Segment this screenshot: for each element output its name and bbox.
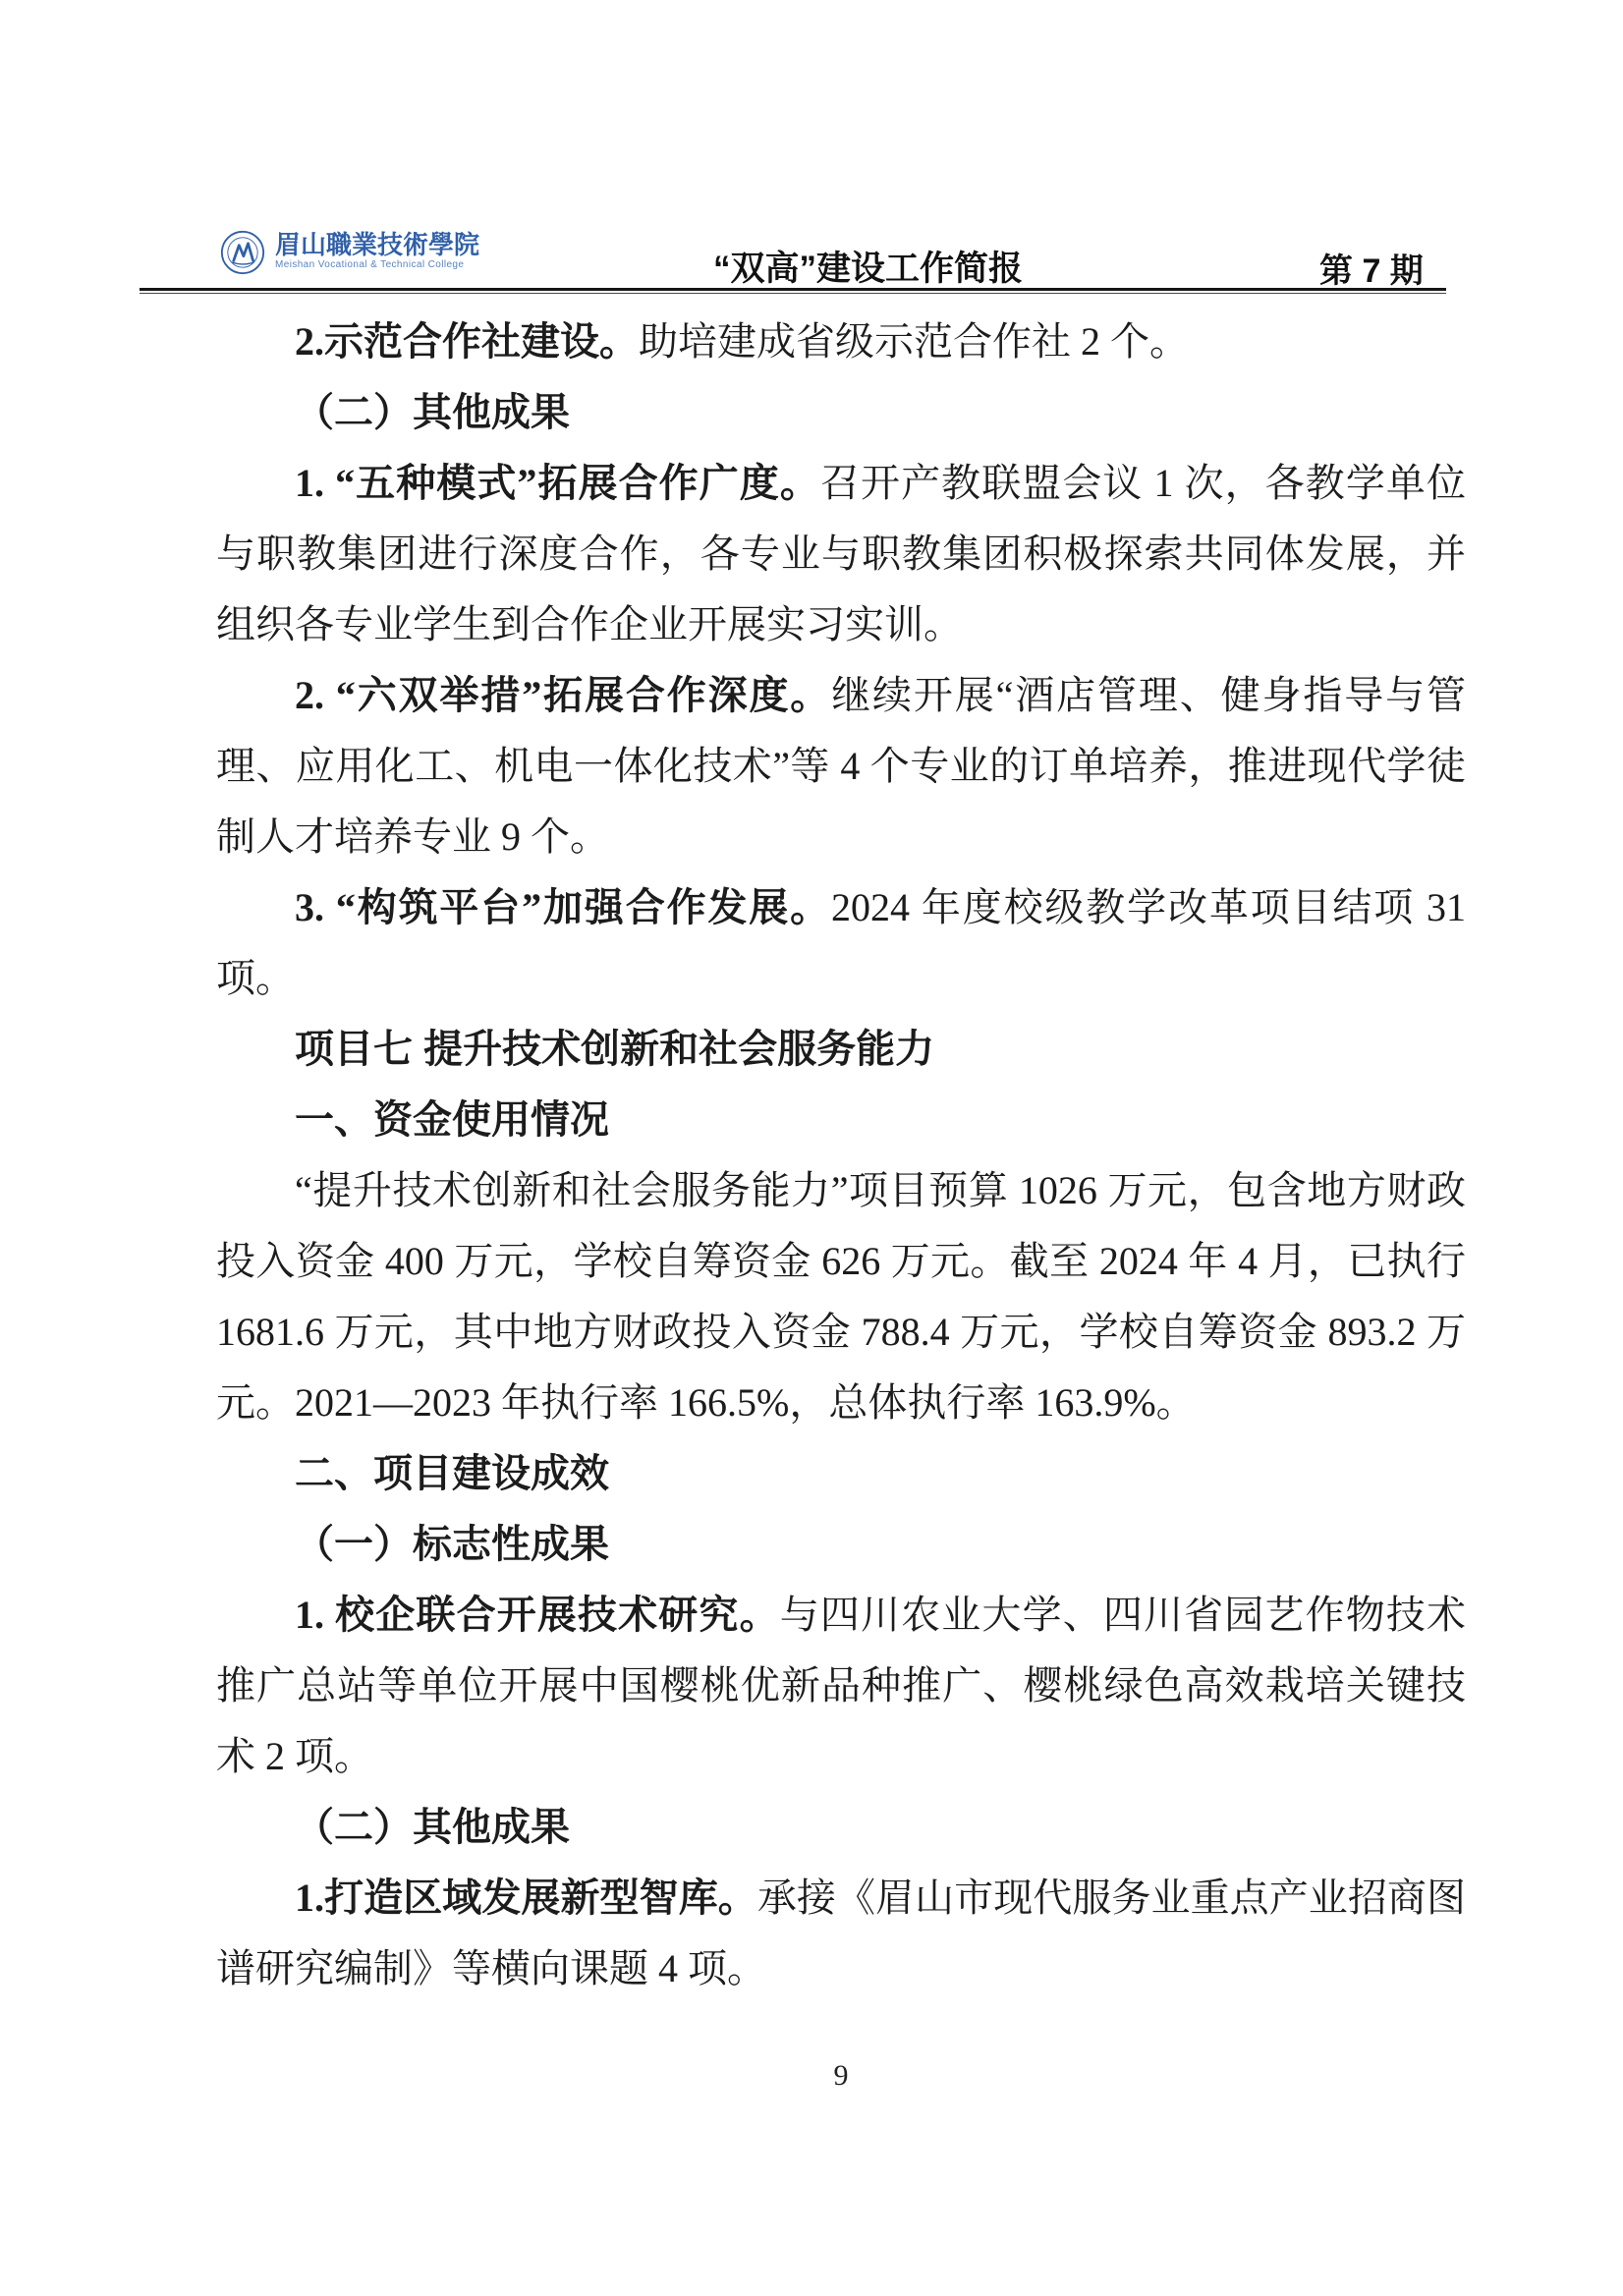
document-page: 眉山職業技術學院 Meishan Vocational & Technical … bbox=[0, 0, 1623, 2296]
paragraph: 2.示范合作社建设。助培建成省级示范合作社 2 个。 bbox=[216, 307, 1466, 377]
paragraph: 2. “六双举措”拓展合作深度。继续开展“酒店管理、健身指导与管理、应用化工、机… bbox=[216, 660, 1466, 872]
page-footer: 9 bbox=[216, 2059, 1466, 2093]
paragraph-text: “提升技术创新和社会服务能力”项目预算 1026 万元，包含地方财政投入资金 4… bbox=[216, 1168, 1466, 1425]
section-heading: （二）其他成果 bbox=[216, 377, 1466, 448]
paragraph: 1. “五种模式”拓展合作广度。召开产教联盟会议 1 次，各教学单位与职教集团进… bbox=[216, 448, 1466, 660]
paragraph: “提升技术创新和社会服务能力”项目预算 1026 万元，包含地方财政投入资金 4… bbox=[216, 1155, 1466, 1438]
header-rule bbox=[140, 288, 1446, 294]
paragraph-lead: 1. 校企联合开展技术研究。 bbox=[295, 1593, 780, 1637]
paragraph-lead: 1. “五种模式”拓展合作广度。 bbox=[295, 461, 820, 505]
section-heading: （二）其他成果 bbox=[216, 1792, 1466, 1863]
paragraph-lead: 1.打造区域发展新型智库。 bbox=[295, 1876, 757, 1920]
school-name-english: Meishan Vocational & Technical College bbox=[275, 259, 531, 271]
paragraph: 1. 校企联合开展技术研究。与四川农业大学、四川省园艺作物技术推广总站等单位开展… bbox=[216, 1580, 1466, 1792]
section-heading: 项目七 提升技术创新和社会服务能力 bbox=[216, 1014, 1466, 1085]
header-rule-thin-line bbox=[140, 293, 1446, 294]
school-emblem-icon bbox=[220, 230, 265, 275]
school-logo-text: 眉山職業技術學院 Meishan Vocational & Technical … bbox=[275, 232, 531, 271]
paragraph-lead: 2.示范合作社建设。 bbox=[295, 319, 639, 364]
bulletin-title: “双高”建设工作简报 bbox=[713, 242, 1023, 291]
document-body: 2.示范合作社建设。助培建成省级示范合作社 2 个。（二）其他成果1. “五种模… bbox=[216, 307, 1466, 2004]
school-name-chinese: 眉山職業技術學院 bbox=[275, 232, 531, 259]
paragraph: 1.打造区域发展新型智库。承接《眉山市现代服务业重点产业招商图谱研究编制》等横向… bbox=[216, 1863, 1466, 2004]
paragraph: 3. “构筑平台”加强合作发展。2024 年度校级教学改革项目结项 31 项。 bbox=[216, 872, 1466, 1014]
paragraph-lead: 3. “构筑平台”加强合作发展。 bbox=[295, 885, 831, 929]
paragraph-text: 助培建成省级示范合作社 2 个。 bbox=[639, 319, 1189, 364]
section-heading: （一）标志性成果 bbox=[216, 1509, 1466, 1580]
paragraph-lead: 2. “六双举措”拓展合作深度。 bbox=[295, 673, 831, 717]
page-number: 9 bbox=[834, 2059, 849, 2092]
section-heading: 二、项目建设成效 bbox=[216, 1438, 1466, 1509]
issue-number: 第 7 期 bbox=[1319, 244, 1424, 292]
section-heading: 一、资金使用情况 bbox=[216, 1085, 1466, 1155]
